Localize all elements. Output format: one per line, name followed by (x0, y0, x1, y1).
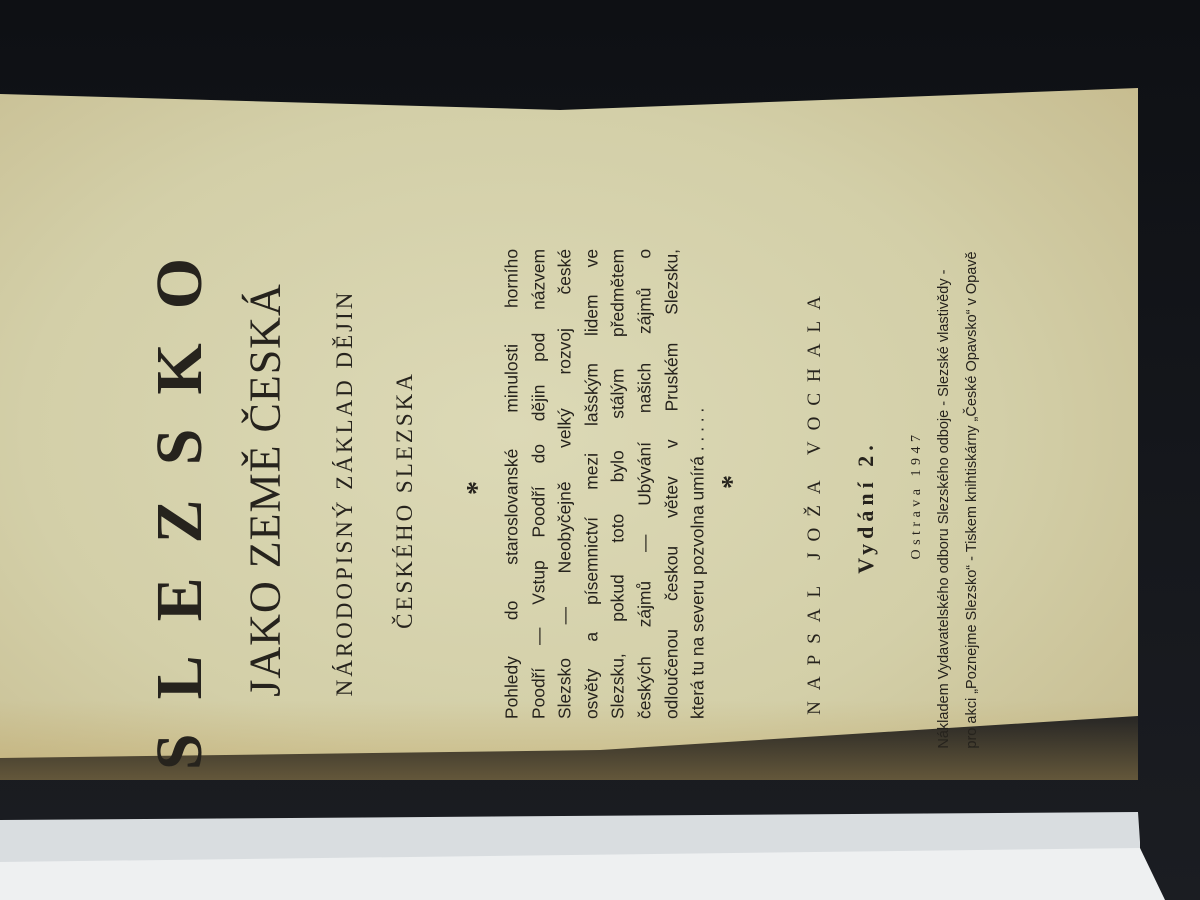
publisher-imprint: Nákladem Vydavatelského odboru Slezského… (930, 251, 986, 748)
contents-line: Slezsku, pokud toto bylo stálým předměte… (605, 249, 632, 719)
place-year: Ostrava 1947 (909, 430, 925, 559)
book-subtitle: JAKO ZEMĚ ČESKÁ (240, 283, 291, 696)
contents-line: osvěty a písemnictví mezi lašským lidem … (578, 249, 605, 719)
edition-label: Vydání 2. (853, 440, 879, 573)
imprint-line: Nákladem Vydavatelského odboru Slezského… (930, 251, 958, 748)
contents-line: Poodří — Vstup Poodří do dějin pod názve… (525, 249, 552, 719)
imprint-line: pro akci „Poznejme Slezsko“ - Tiskem kni… (958, 251, 986, 748)
contents-line: českých zájmů — Ubývání našich zájmů o (632, 249, 659, 719)
asterisk-separator-bottom: * (717, 475, 749, 489)
contents-summary: Pohledy do staroslovanské minulosti horn… (499, 249, 712, 719)
book-title: SLEZSKO (142, 224, 218, 770)
tagline-line-1: NÁRODOPISNÝ ZÁKLAD DĚJIN (332, 290, 358, 697)
contents-line: odloučenou českou větev v Pruském Slezsk… (658, 249, 685, 719)
contents-line: Pohledy do staroslovanské minulosti horn… (499, 249, 526, 719)
contents-line: Slezsko — Neobyčejně velký rozvoj české (552, 249, 579, 719)
contents-line: která tu na severu pozvolna umírá . . . … (685, 249, 712, 719)
asterisk-separator-top: * (462, 481, 494, 495)
tagline-line-2: ČESKÉHO SLEZSKA (392, 371, 418, 629)
author-line: NAPSAL JOŽA VOCHALA (804, 285, 826, 715)
